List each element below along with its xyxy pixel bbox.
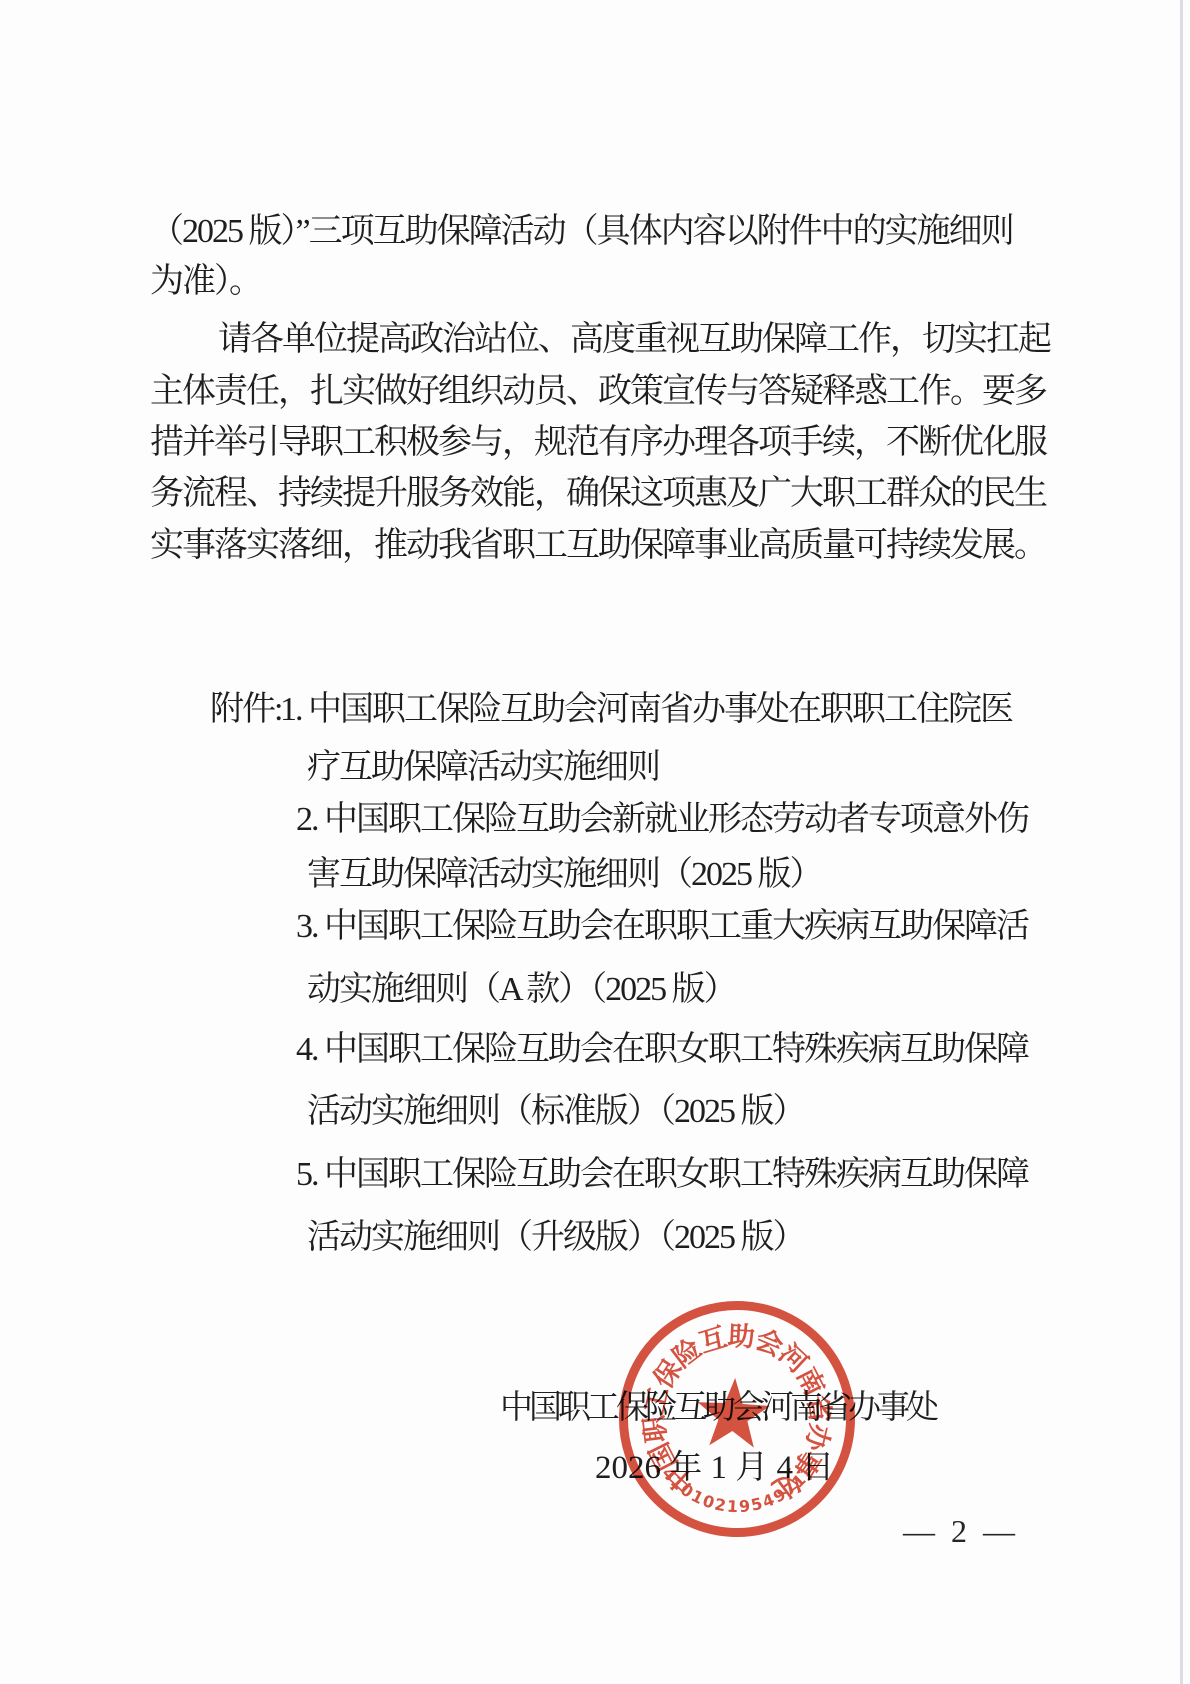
attachment-item-line: 活动实施细则（标准版）（2025 版） [307, 1092, 805, 1132]
attachment-item-line: 害互助保障活动实施细则（2025 版） [307, 855, 822, 895]
attachment-item-line: 动实施细则（A 款）（2025 版） [307, 970, 736, 1010]
body-paragraph-line: 务流程、持续提升服务效能，确保这项惠及广大职工群众的民生 [150, 474, 1046, 514]
attachment-item-line: 疗互助保障活动实施细则 [307, 748, 659, 788]
seal-code-digit: 9 [738, 1498, 750, 1515]
body-paragraph-line: 措并举引导职工积极参与，规范有序办理各项手续，不断优化服 [150, 423, 1046, 463]
attachment-item-line: 5. 中国职工保险互助会在职女职工特殊疾病互助保障 [296, 1155, 1028, 1195]
body-paragraph-line: 为准）。 [150, 262, 261, 302]
attachments-label: 附件: [210, 690, 281, 730]
seal-ring-char: 职 [641, 1414, 671, 1444]
seal-ring-char: 省 [803, 1394, 833, 1424]
attachment-item-line: 4. 中国职工保险互助会在职女职工特殊疾病互助保障 [296, 1030, 1028, 1070]
seal-code-digit: 1 [726, 1499, 738, 1516]
attachment-item-line: 2. 中国职工保险互助会新就业形态劳动者专项意外伤 [296, 800, 1028, 840]
page-number: — 2 — [903, 1513, 1019, 1550]
body-paragraph-line: 主体责任，扎实做好组织动员、政策宣传与答疑释惑工作。要多 [150, 372, 1046, 412]
seal-ring-text: 中国职工保险互助会河南省办事处 [634, 1304, 852, 1315]
seal-code-digit: 2 [713, 1496, 727, 1514]
seal-ring-char: 助 [727, 1323, 755, 1351]
body-paragraph-line: 实事落实落细，推动我省职工互助保障事业高质量可持续发展。 [150, 526, 1046, 566]
star-icon [681, 1363, 786, 1468]
attachment-item-line: 1. 中国职工保险互助会河南省办事处在职职工住院医 [280, 690, 1012, 730]
attachment-item-line: 3. 中国职工保险互助会在职职工重大疾病互助保障活 [296, 907, 1028, 947]
body-paragraph-line: （2025 版）”三项互助保障活动（具体内容以附件中的实施细则 [150, 212, 1013, 252]
body-paragraph-line: 请各单位提高政治站位、高度重视互助保障工作，切实扛起 [218, 320, 1050, 360]
official-seal: 中国职工保险互助会河南省办事处 4101021954971 [613, 1295, 861, 1543]
document-page: （2025 版）”三项互助保障活动（具体内容以附件中的实施细则 为准）。 请各单… [0, 0, 1190, 1684]
scan-edge-shadow [1180, 0, 1183, 1684]
seal-code: 4101021954971 [634, 1304, 852, 1315]
attachment-item-line: 活动实施细则（升级版）（2025 版） [307, 1218, 805, 1258]
